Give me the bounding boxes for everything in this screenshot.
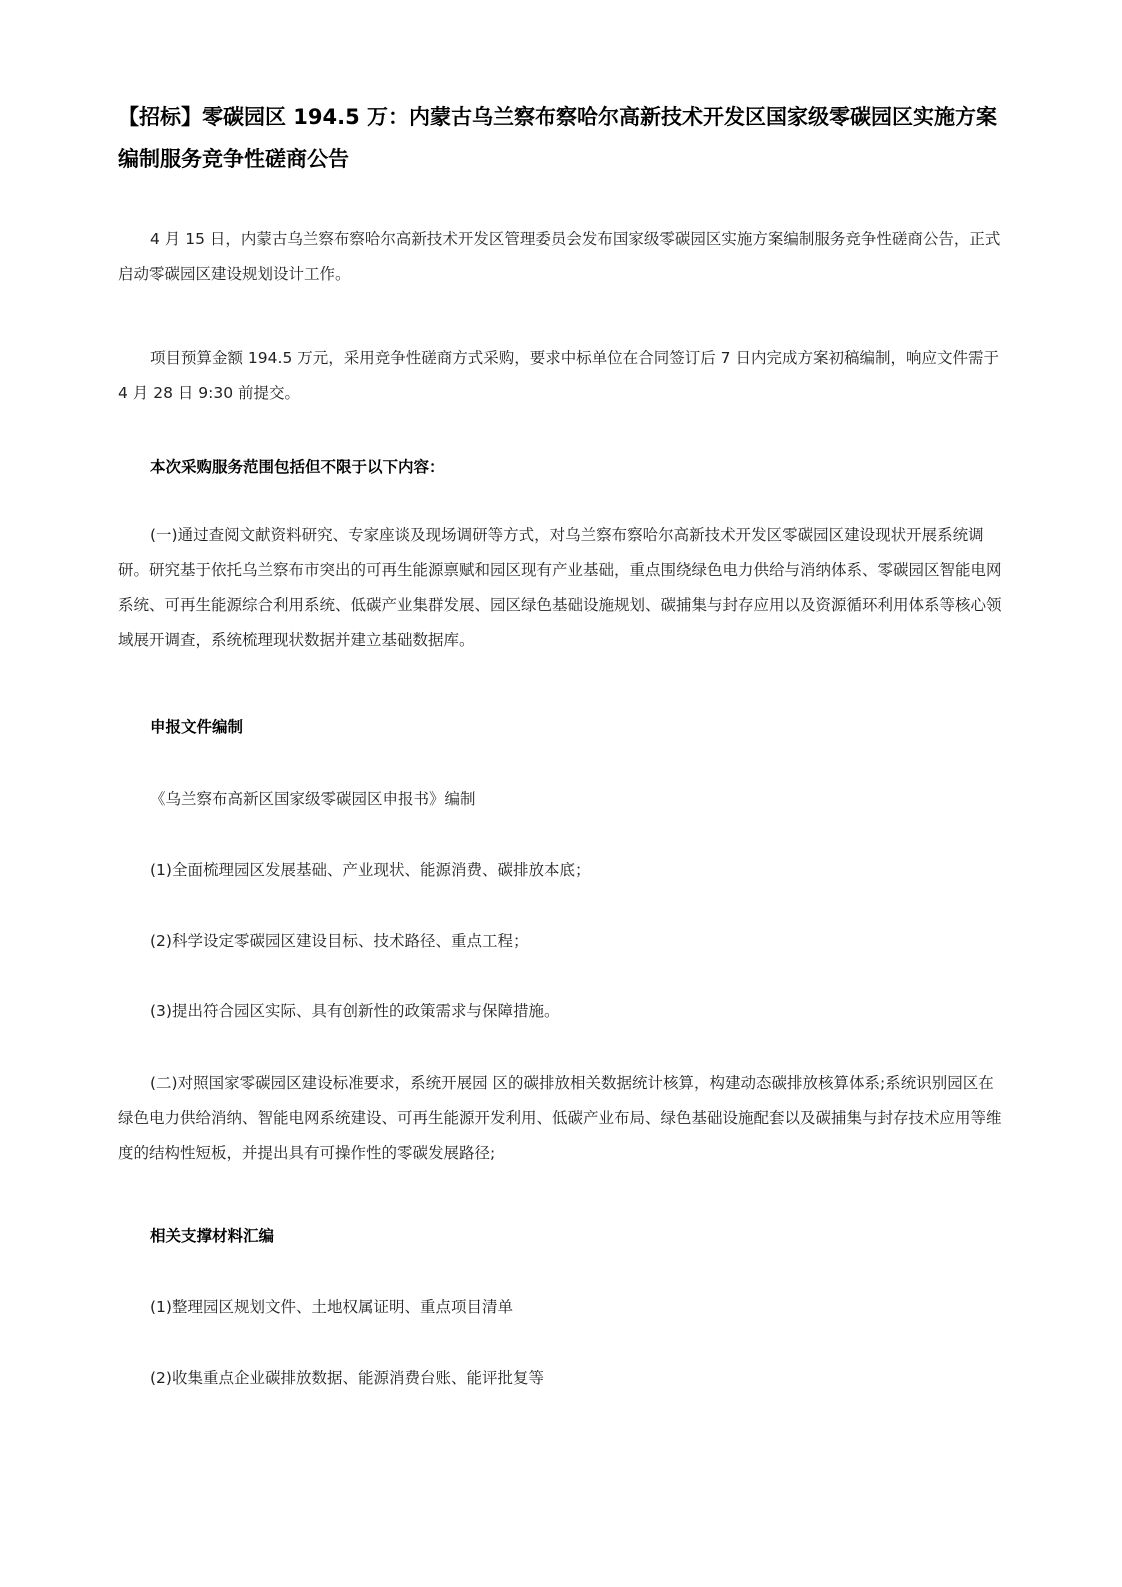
paragraph-budget: 项目预算金额 194.5 万元，采用竞争性磋商方式采购，要求中标单位在合同签订后… xyxy=(118,341,1008,411)
scope-heading: 本次采购服务范围包括但不限于以下内容： xyxy=(150,450,445,485)
support-item-2: (2)收集重点企业碳排放数据、能源消费台账、能评批复等 xyxy=(150,1361,544,1396)
application-item-2: (2)科学设定零碳园区建设目标、技术路径、重点工程； xyxy=(150,924,528,959)
section-heading-application: 申报文件编制 xyxy=(150,710,243,745)
paragraph-announcement: 4 月 15 日，内蒙古乌兰察布察哈尔高新技术开发区管理委员会发布国家级零碳园区… xyxy=(118,222,1008,292)
section-heading-support: 相关支撑材料汇编 xyxy=(150,1219,274,1254)
document-title: 【招标】零碳园区 194.5 万：内蒙古乌兰察布察哈尔高新技术开发区国家级零碳园… xyxy=(118,96,1008,180)
application-doc-name: 《乌兰察布高新区国家级零碳园区申报书》编制 xyxy=(150,782,476,817)
scope-item-one: (一)通过查阅文献资料研究、专家座谈及现场调研等方式，对乌兰察布察哈尔高新技术开… xyxy=(118,518,1008,658)
support-item-1: (1)整理园区规划文件、土地权属证明、重点项目清单 xyxy=(150,1290,513,1325)
application-item-3: (3)提出符合园区实际、具有创新性的政策需求与保障措施。 xyxy=(150,994,559,1029)
scope-item-two: (二)对照国家零碳园区建设标准要求，系统开展园 区的碳排放相关数据统计核算，构建… xyxy=(118,1066,1008,1171)
document-page: 【招标】零碳园区 194.5 万：内蒙古乌兰察布察哈尔高新技术开发区国家级零碳园… xyxy=(0,0,1122,1587)
application-item-1: (1)全面梳理园区发展基础、产业现状、能源消费、碳排放本底； xyxy=(150,853,590,888)
